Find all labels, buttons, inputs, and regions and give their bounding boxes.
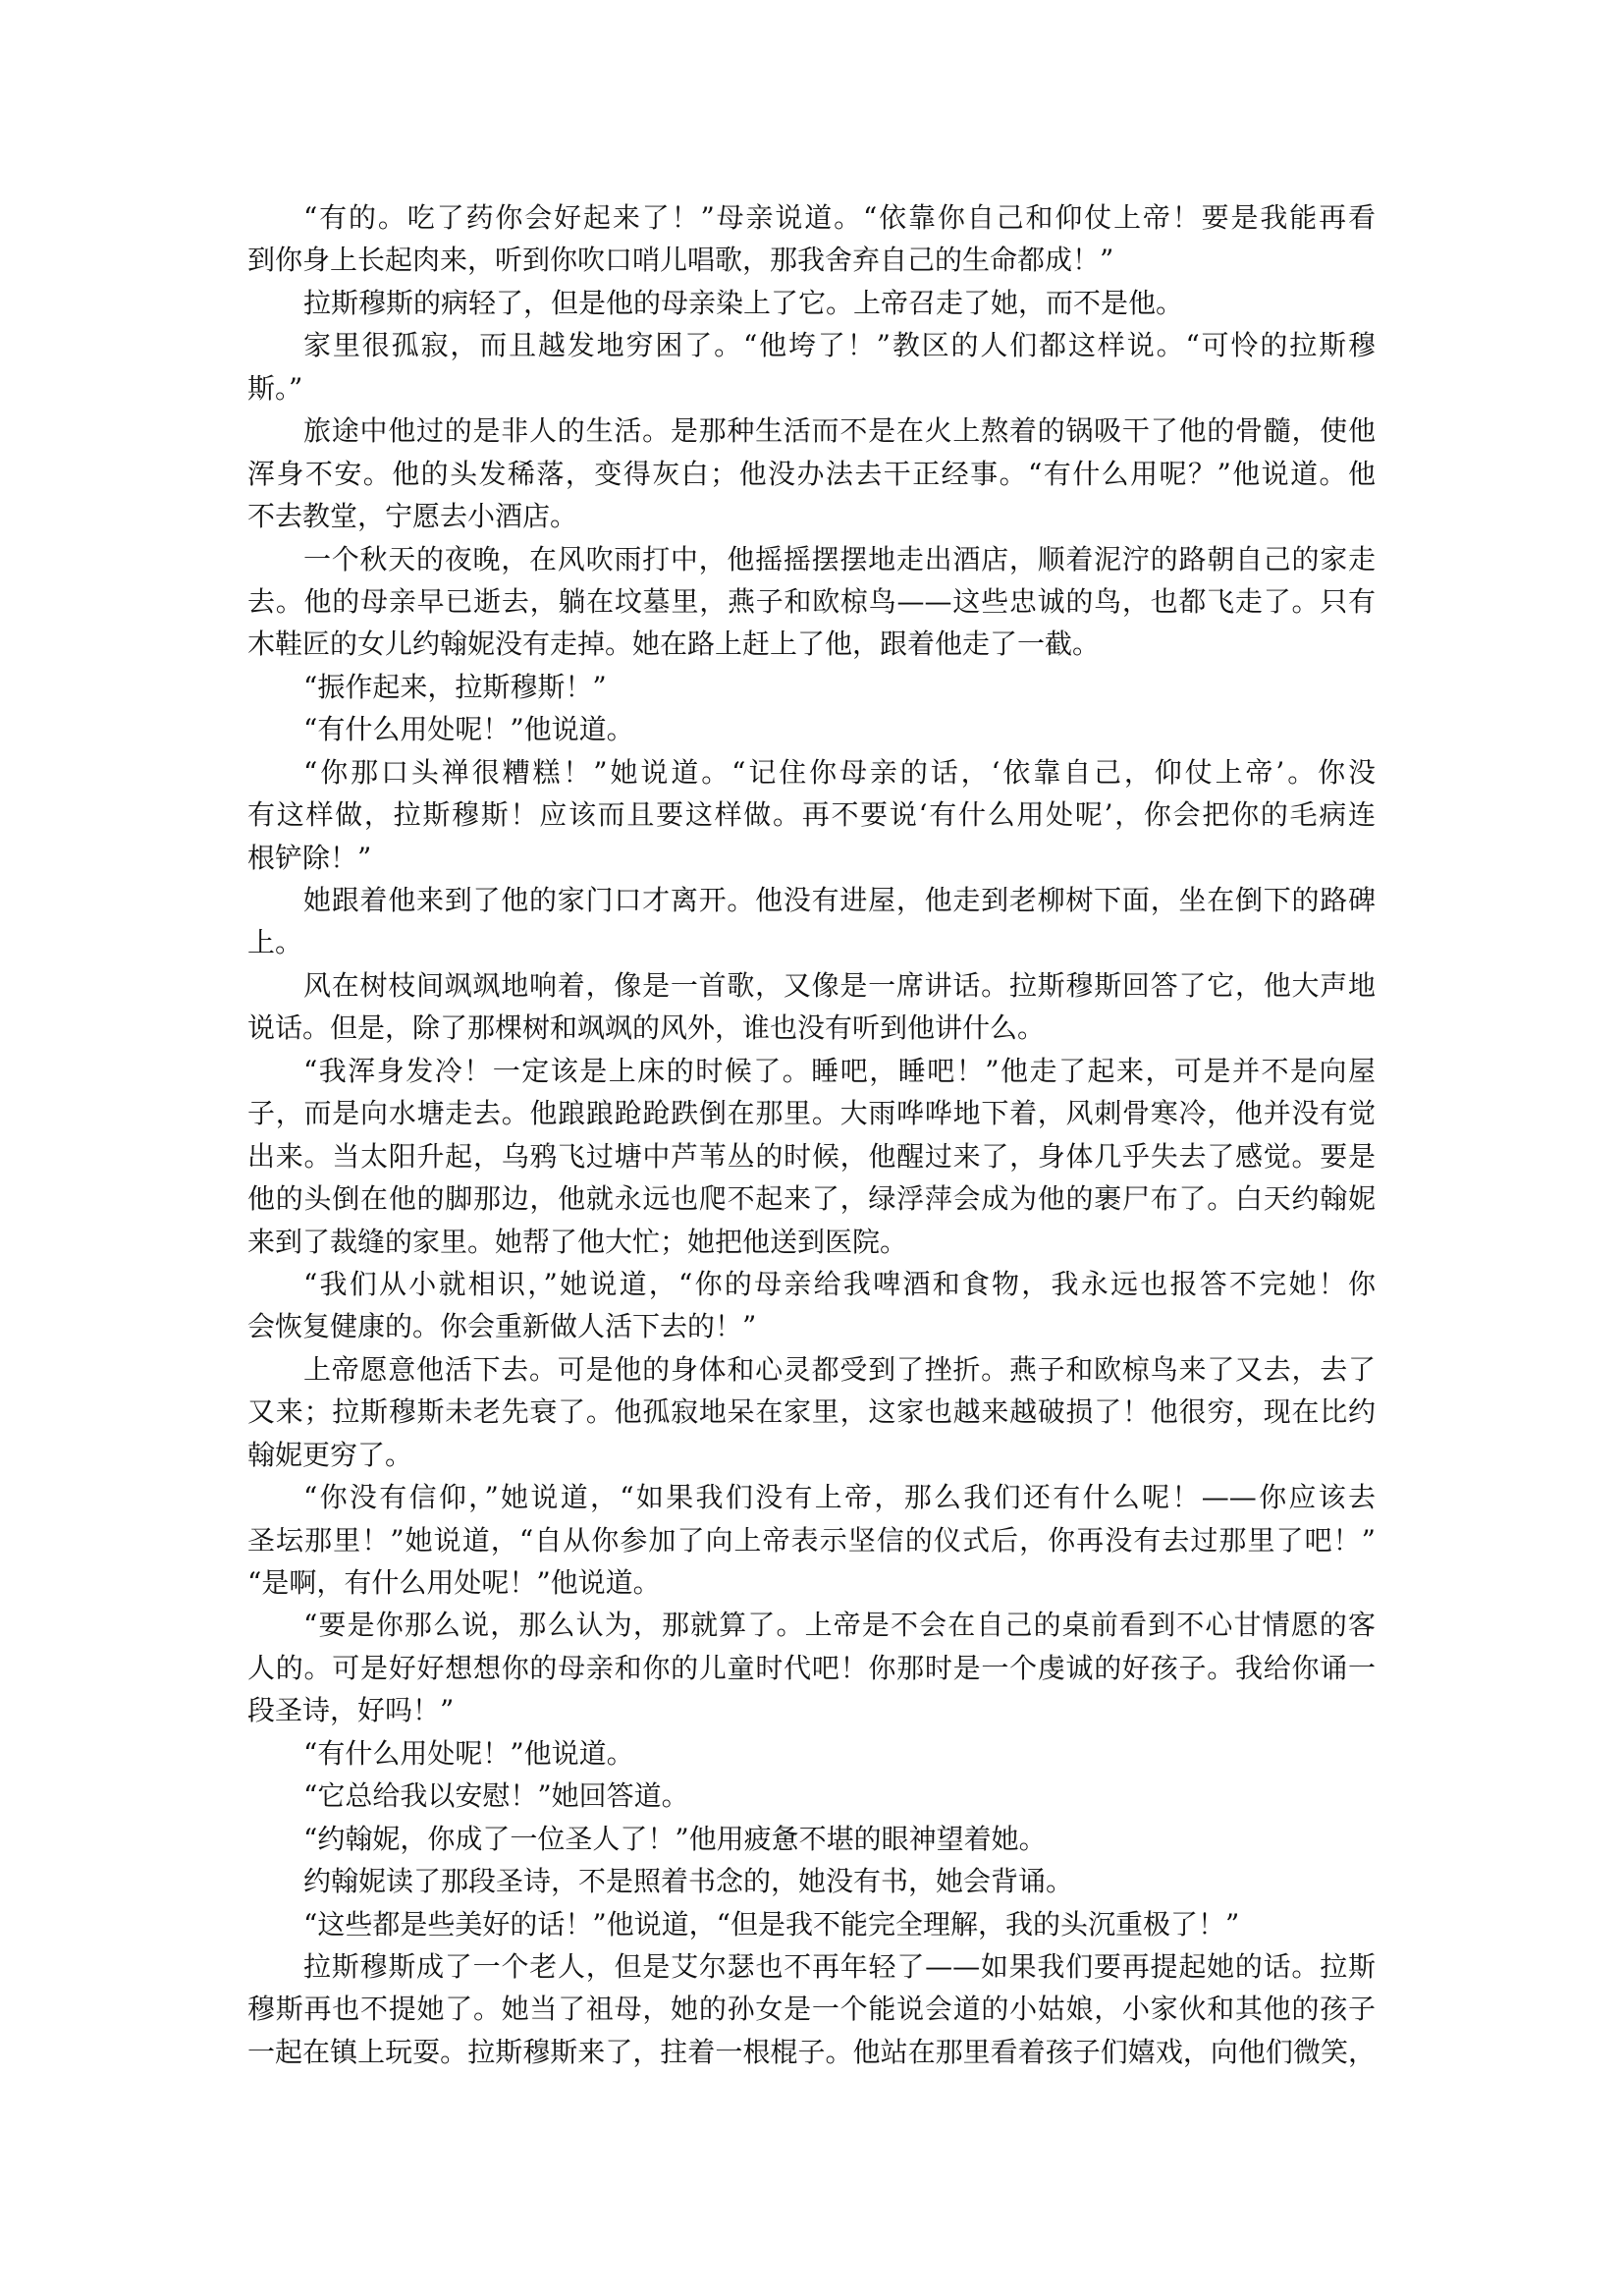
text-line: 不去教堂，宁愿去小酒店。 [247, 495, 1376, 537]
text-line: 人的。可是好好想想你的母亲和你的儿童时代吧！你那时是一个虔诚的好孩子。我给你诵一 [247, 1647, 1376, 1689]
text-line: “它总给我以安慰！”她回答道。 [247, 1775, 1376, 1817]
text-line: 出来。当太阳升起，乌鸦飞过塘中芦苇丛的时候，他醒过来了，身体几乎失去了感觉。要是 [247, 1135, 1376, 1177]
paragraph: “我浑身发冷！一定该是上床的时候了。睡吧，睡吧！”他走了起来，可是并不是向屋 子… [247, 1050, 1376, 1263]
text-line: “你没有信仰，”她说道，“如果我们没有上帝，那么我们还有什么呢！——你应该去 [247, 1476, 1376, 1518]
text-line: 旅途中他过的是非人的生活。是那种生活而不是在火上熬着的锅吸干了他的骨髓，使他 [247, 410, 1376, 452]
paragraph: “我们从小就相识，”她说道，“你的母亲给我啤酒和食物，我永远也报答不完她！你 会… [247, 1263, 1376, 1348]
paragraph: 约翰妮读了那段圣诗，不是照着书念的，她没有书，她会背诵。 [247, 1860, 1376, 1902]
text-line: 说话。但是，除了那棵树和飒飒的风外，谁也没有听到他讲什么。 [247, 1007, 1376, 1049]
paragraph: “振作起来，拉斯穆斯！” [247, 666, 1376, 708]
text-line: 子，而是向水塘走去。他踉踉跄跄跌倒在那里。大雨哗哗地下着，风刺骨寒冷，他并没有觉 [247, 1092, 1376, 1134]
text-line: 一起在镇上玩耍。拉斯穆斯来了，拄着一根棍子。他站在那里看着孩子们嬉戏，向他们微笑… [247, 2031, 1376, 2073]
text-line: “有的。吃了药你会好起来了！”母亲说道。“依靠你自己和仰仗上帝！要是我能再看 [247, 196, 1376, 239]
text-line: 段圣诗，好吗！” [247, 1689, 1376, 1731]
text-line: 风在树枝间飒飒地响着，像是一首歌，又像是一席讲话。拉斯穆斯回答了它，他大声地 [247, 964, 1376, 1007]
paragraph: “有的。吃了药你会好起来了！”母亲说道。“依靠你自己和仰仗上帝！要是我能再看 到… [247, 196, 1376, 282]
document-page: “有的。吃了药你会好起来了！”母亲说道。“依靠你自己和仰仗上帝！要是我能再看 到… [0, 0, 1623, 2296]
text-line: 家里很孤寂，而且越发地穷困了。“他垮了！”教区的人们都这样说。“可怜的拉斯穆 [247, 324, 1376, 366]
text-line: 斯。” [247, 367, 1376, 410]
text-line: 穆斯再也不提她了。她当了祖母，她的孙女是一个能说会道的小姑娘，小家伙和其他的孩子 [247, 1988, 1376, 2030]
text-line: “你那口头禅很糟糕！”她说道。“记住你母亲的话，‘依靠自己，仰仗上帝’。你没 [247, 751, 1376, 793]
text-line: “我浑身发冷！一定该是上床的时候了。睡吧，睡吧！”他走了起来，可是并不是向屋 [247, 1050, 1376, 1092]
text-line: “要是你那么说，那么认为，那就算了。上帝是不会在自己的桌前看到不心甘情愿的客 [247, 1604, 1376, 1646]
paragraph: “约翰妮，你成了一位圣人了！”他用疲惫不堪的眼神望着她。 [247, 1818, 1376, 1860]
text-line: 来到了裁缝的家里。她帮了他大忙；她把他送到医院。 [247, 1221, 1376, 1263]
paragraph: “有什么用处呢！”他说道。 [247, 1732, 1376, 1775]
text-line: “有什么用处呢！”他说道。 [247, 1732, 1376, 1775]
text-line: 又来；拉斯穆斯未老先衰了。他孤寂地呆在家里，这家也越来越破损了！他很穷，现在比约 [247, 1391, 1376, 1433]
paragraph: “有什么用处呢！”他说道。 [247, 708, 1376, 750]
paragraph: 她跟着他来到了他的家门口才离开。他没有进屋，他走到老柳树下面，坐在倒下的路碑 上… [247, 879, 1376, 964]
text-line: 有这样做，拉斯穆斯！应该而且要这样做。再不要说‘有什么用处呢’，你会把你的毛病连 [247, 793, 1376, 836]
paragraph: 拉斯穆斯的病轻了，但是他的母亲染上了它。上帝召走了她，而不是他。 [247, 282, 1376, 324]
text-line: 上帝愿意他活下去。可是他的身体和心灵都受到了挫折。燕子和欧椋鸟来了又去，去了 [247, 1348, 1376, 1391]
text-line: 到你身上长起肉来，听到你吹口哨儿唱歌，那我舍弃自己的生命都成！” [247, 239, 1376, 281]
paragraph: 拉斯穆斯成了一个老人，但是艾尔瑟也不再年轻了——如果我们要再提起她的话。拉斯 穆… [247, 1945, 1376, 2073]
text-line: 根铲除！” [247, 837, 1376, 879]
text-line: 约翰妮读了那段圣诗，不是照着书念的，她没有书，她会背诵。 [247, 1860, 1376, 1902]
text-line: 翰妮更穷了。 [247, 1434, 1376, 1476]
paragraph: “它总给我以安慰！”她回答道。 [247, 1775, 1376, 1817]
paragraph: 上帝愿意他活下去。可是他的身体和心灵都受到了挫折。燕子和欧椋鸟来了又去，去了 又… [247, 1348, 1376, 1476]
text-line: “约翰妮，你成了一位圣人了！”他用疲惫不堪的眼神望着她。 [247, 1818, 1376, 1860]
paragraph: 风在树枝间飒飒地响着，像是一首歌，又像是一席讲话。拉斯穆斯回答了它，他大声地 说… [247, 964, 1376, 1050]
text-line: “这些都是些美好的话！”他说道，“但是我不能完全理解，我的头沉重极了！” [247, 1903, 1376, 1945]
text-line: “我们从小就相识，”她说道，“你的母亲给我啤酒和食物，我永远也报答不完她！你 [247, 1263, 1376, 1305]
text-line: “振作起来，拉斯穆斯！” [247, 666, 1376, 708]
paragraph: 旅途中他过的是非人的生活。是那种生活而不是在火上熬着的锅吸干了他的骨髓，使他 浑… [247, 410, 1376, 537]
paragraph: “你那口头禅很糟糕！”她说道。“记住你母亲的话，‘依靠自己，仰仗上帝’。你没 有… [247, 751, 1376, 879]
paragraph: 家里很孤寂，而且越发地穷困了。“他垮了！”教区的人们都这样说。“可怜的拉斯穆 斯… [247, 324, 1376, 410]
paragraph: “是啊，有什么用处呢！”他说道。 [247, 1561, 1376, 1604]
text-line: 拉斯穆斯的病轻了，但是他的母亲染上了它。上帝召走了她，而不是他。 [247, 282, 1376, 324]
paragraph: “你没有信仰，”她说道，“如果我们没有上帝，那么我们还有什么呢！——你应该去 圣… [247, 1476, 1376, 1561]
text-line: 去。他的母亲早已逝去，躺在坟墓里，燕子和欧椋鸟——这些忠诚的鸟，也都飞走了。只有 [247, 580, 1376, 623]
text-line: 上。 [247, 921, 1376, 963]
text-line: 浑身不安。他的头发稀落，变得灰白；他没办法去干正经事。“有什么用呢？”他说道。他 [247, 453, 1376, 495]
paragraph: “要是你那么说，那么认为，那就算了。上帝是不会在自己的桌前看到不心甘情愿的客 人… [247, 1604, 1376, 1731]
paragraph: “这些都是些美好的话！”他说道，“但是我不能完全理解，我的头沉重极了！” [247, 1903, 1376, 1945]
paragraph: 一个秋天的夜晚，在风吹雨打中，他摇摇摆摆地走出酒店，顺着泥泞的路朝自己的家走 去… [247, 538, 1376, 666]
text-line: 木鞋匠的女儿约翰妮没有走掉。她在路上赶上了他，跟着他走了一截。 [247, 623, 1376, 665]
text-line: “是啊，有什么用处呢！”他说道。 [247, 1561, 1376, 1604]
text-line: 圣坛那里！”她说道，“自从你参加了向上帝表示坚信的仪式后，你再没有去过那里了吧！… [247, 1519, 1376, 1561]
body-text: “有的。吃了药你会好起来了！”母亲说道。“依靠你自己和仰仗上帝！要是我能再看 到… [247, 196, 1376, 2073]
text-line: 她跟着他来到了他的家门口才离开。他没有进屋，他走到老柳树下面，坐在倒下的路碑 [247, 879, 1376, 921]
text-line: 他的头倒在他的脚那边，他就永远也爬不起来了，绿浮萍会成为他的裹尸布了。白天约翰妮 [247, 1177, 1376, 1220]
text-line: 会恢复健康的。你会重新做人活下去的！” [247, 1305, 1376, 1347]
text-line: 拉斯穆斯成了一个老人，但是艾尔瑟也不再年轻了——如果我们要再提起她的话。拉斯 [247, 1945, 1376, 1988]
text-line: 一个秋天的夜晚，在风吹雨打中，他摇摇摆摆地走出酒店，顺着泥泞的路朝自己的家走 [247, 538, 1376, 580]
text-line: “有什么用处呢！”他说道。 [247, 708, 1376, 750]
